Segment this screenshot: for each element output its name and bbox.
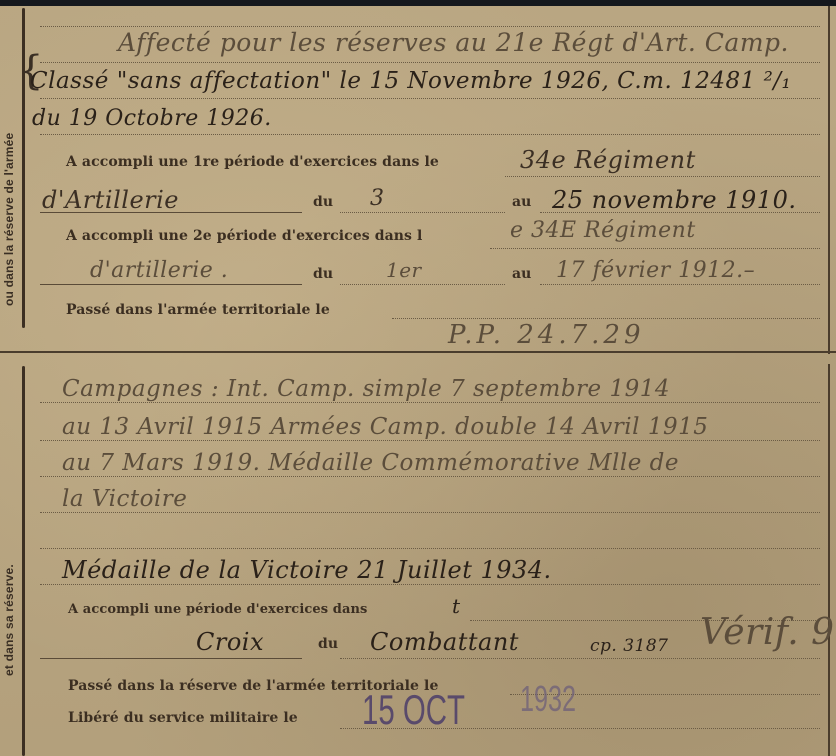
stamp-date-day-month: 15 OCT (362, 686, 465, 734)
right-border-upper (828, 6, 830, 354)
verif-annotation: Vérif. 9 (700, 612, 835, 653)
period-1-to-value: 25 novembre 1910. (552, 186, 796, 214)
period-1-from-value: 3 (370, 186, 385, 211)
margin-rule-lower (22, 366, 25, 756)
affectation-line-1: Affecté pour les réserves au 21e Régt d'… (118, 28, 789, 57)
period-1-label: A accompli une 1re période d'exercices d… (66, 154, 439, 170)
period-2-to-value: 17 février 1912.– (556, 258, 755, 283)
period-2-label: A accompli une 2e période d'exercices da… (66, 228, 422, 244)
bottom-period-mark: t (452, 594, 461, 618)
period-1-unit: 34e Régiment (520, 146, 696, 174)
bottom-period-label: A accompli une période d'exercices dans (68, 602, 367, 617)
register-card: ou dans la réserve de l'armée { et dans … (0, 6, 836, 756)
territoriale-annotation: P.P. 24.7.29 (448, 320, 644, 350)
affectation-line-2: Classé "sans affectation" le 15 Novembre… (30, 68, 791, 94)
period-1-to-label: au (512, 194, 531, 210)
libere-label: Libéré du service militaire le (68, 710, 298, 726)
medal-victoire-line: Médaille de la Victoire 21 Juillet 1934. (62, 556, 552, 584)
croix-du-label: du (318, 636, 338, 652)
right-border-lower (828, 364, 830, 756)
period-2-from-value: 1er (386, 258, 422, 282)
period-1-from-label: du (313, 194, 333, 210)
period-2-unit-cont: d'artillerie . (90, 258, 228, 283)
period-2-from-label: du (313, 266, 333, 282)
croix-ref: cp. 3187 (590, 636, 668, 656)
croix-combattant: Combattant (370, 628, 519, 656)
stamp-date-year: 1932 (520, 678, 576, 720)
period-1-unit-cont: d'Artillerie (42, 186, 179, 214)
margin-label-lower: et dans sa réserve. (2, 476, 20, 676)
croix-word: Croix (196, 628, 264, 656)
campagnes-line-1: Campagnes : Int. Camp. simple 7 septembr… (62, 376, 670, 402)
period-2-to-label: au (512, 266, 531, 282)
territoriale-label: Passé dans l'armée territoriale le (66, 302, 330, 318)
affectation-line-3: du 19 Octobre 1926. (32, 106, 272, 131)
section-divider (0, 351, 836, 353)
period-2-unit: e 34E Régiment (510, 218, 696, 243)
campagnes-line-2: au 13 Avril 1915 Armées Camp. double 14 … (62, 414, 708, 440)
campagnes-line-4: la Victoire (62, 486, 187, 512)
campagnes-line-3: au 7 Mars 1919. Médaille Commémorative M… (62, 450, 679, 476)
